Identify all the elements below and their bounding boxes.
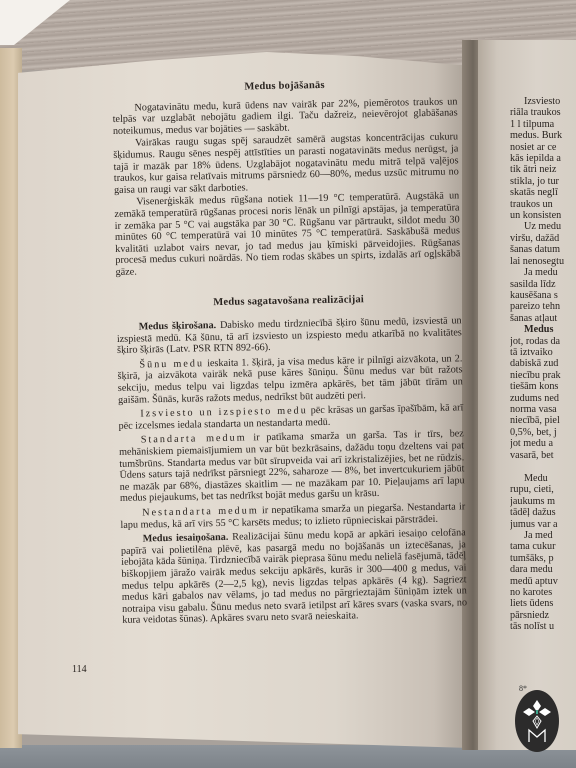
text-line-fragment: šanas atļaut bbox=[510, 313, 576, 324]
text-line-fragment: sasilda līdz bbox=[510, 279, 576, 290]
paragraph: Visenerģiskāk medus rūgšana notiek 11—19… bbox=[114, 191, 460, 279]
text-line-fragment: riāla traukos bbox=[510, 107, 576, 118]
right-page-text: Izsviestoriāla traukos1 l tilpumamedus. … bbox=[510, 96, 576, 633]
paragraph-sorting: Medus šķirošana. Dabisko medu tirdzniecī… bbox=[117, 315, 463, 356]
text-line-fragment: nosiet ar ce bbox=[510, 142, 576, 153]
text-line-fragment: Izsviesto bbox=[510, 96, 576, 107]
text-line-fragment: rupu, cieti, bbox=[510, 484, 576, 495]
text-line-fragment: Medus bbox=[510, 324, 576, 335]
text-line-fragment: no karotes bbox=[510, 587, 576, 598]
run-in-heading: Medus šķirošana. bbox=[139, 320, 217, 332]
text-line-fragment: Ja med bbox=[510, 530, 576, 541]
text-line-fragment: 1 l tilpuma bbox=[510, 119, 576, 130]
text-line-fragment: tik ātri neiz bbox=[510, 164, 576, 175]
page-number: 114 bbox=[72, 664, 87, 675]
text-line-fragment: jot, rodas da bbox=[510, 336, 576, 347]
text-line-fragment: medū aptuv bbox=[510, 576, 576, 587]
flower-monogram-logo-icon bbox=[515, 690, 559, 752]
text-line-fragment: Ja medu bbox=[510, 267, 576, 278]
text-line-fragment: tiešām kons bbox=[510, 381, 576, 392]
text-line-fragment: šanas datum bbox=[510, 244, 576, 255]
text-line-fragment: un konsisten bbox=[510, 210, 576, 221]
paragraph: Vairākas raugu sugas spēj saraudzēt samē… bbox=[113, 132, 459, 197]
text-line-fragment: kausēšana s bbox=[510, 290, 576, 301]
paragraph-standard-honey: Standarta medum ir patīkama smarža un ga… bbox=[119, 429, 465, 505]
text-line-fragment: pareizo tehn bbox=[510, 301, 576, 312]
text-line-fragment: niecību prak bbox=[510, 370, 576, 381]
run-in-heading: Medus iesaiņošana. bbox=[143, 532, 229, 545]
text-line-fragment: jot medu a bbox=[510, 438, 576, 449]
text-line-fragment: vasarā, bet bbox=[510, 450, 576, 461]
text-line-fragment: jaukums m bbox=[510, 496, 576, 507]
paragraph-comb-honey: Šūnu medu ieskaita 1. šķirā, ja visa med… bbox=[117, 353, 463, 406]
text-line-fragment: zudums ned bbox=[510, 393, 576, 404]
paragraph-extracted-honey: Izsviesto un izspiesto medu pēc krāsas u… bbox=[118, 403, 463, 433]
text-line-fragment: lai nenosegtu bbox=[510, 256, 576, 267]
text-line-fragment: medus. Burk bbox=[510, 130, 576, 141]
text-line-fragment: Medu bbox=[510, 473, 576, 484]
text-line-fragment: viršu, dažād bbox=[510, 233, 576, 244]
text-line-fragment: jumus var a bbox=[510, 519, 576, 530]
text-line-fragment: tādēļ dažus bbox=[510, 507, 576, 518]
logo-graphic bbox=[515, 690, 559, 752]
text-line-fragment: tumšāks, p bbox=[510, 553, 576, 564]
text-line-fragment: kās iepilda a bbox=[510, 153, 576, 164]
text-line-fragment: Uz medu bbox=[510, 221, 576, 232]
text-line-fragment: tama cukur bbox=[510, 541, 576, 552]
paragraph-packaging: Medus iesaiņošana. Realizācijai šūnu med… bbox=[121, 527, 468, 626]
text-line-fragment: stikla, jo tur bbox=[510, 176, 576, 187]
left-page-text: Medus bojāšanās Nogatavinātu medu, kurā … bbox=[112, 77, 467, 627]
text-line-fragment: liets ūdens bbox=[510, 598, 576, 609]
text-line-fragment: traukos un bbox=[510, 199, 576, 210]
text-line-fragment: dara medu bbox=[510, 564, 576, 575]
text-line-fragment: tās nolīst u bbox=[510, 621, 576, 632]
text-line-fragment: 0,5%, bet, j bbox=[510, 427, 576, 438]
text-line-fragment: niecībā, piel bbox=[510, 415, 576, 426]
paragraph-nonstandard-honey: Nestandarta medum ir nepatīkama smarža u… bbox=[120, 501, 465, 531]
text-line-fragment: norma vasa bbox=[510, 404, 576, 415]
paragraph: Nogatavinātu medu, kurā ūdens nav vairāk… bbox=[112, 96, 458, 137]
text-line-fragment: skatās neglī bbox=[510, 187, 576, 198]
text-line-fragment: pārsniedz bbox=[510, 610, 576, 621]
text-line-fragment: dabiskā zud bbox=[510, 358, 576, 369]
section-heading-preparation: Medus sagatavošana realizācijai bbox=[116, 292, 461, 310]
text-line-fragment: tā iztvaiko bbox=[510, 347, 576, 358]
